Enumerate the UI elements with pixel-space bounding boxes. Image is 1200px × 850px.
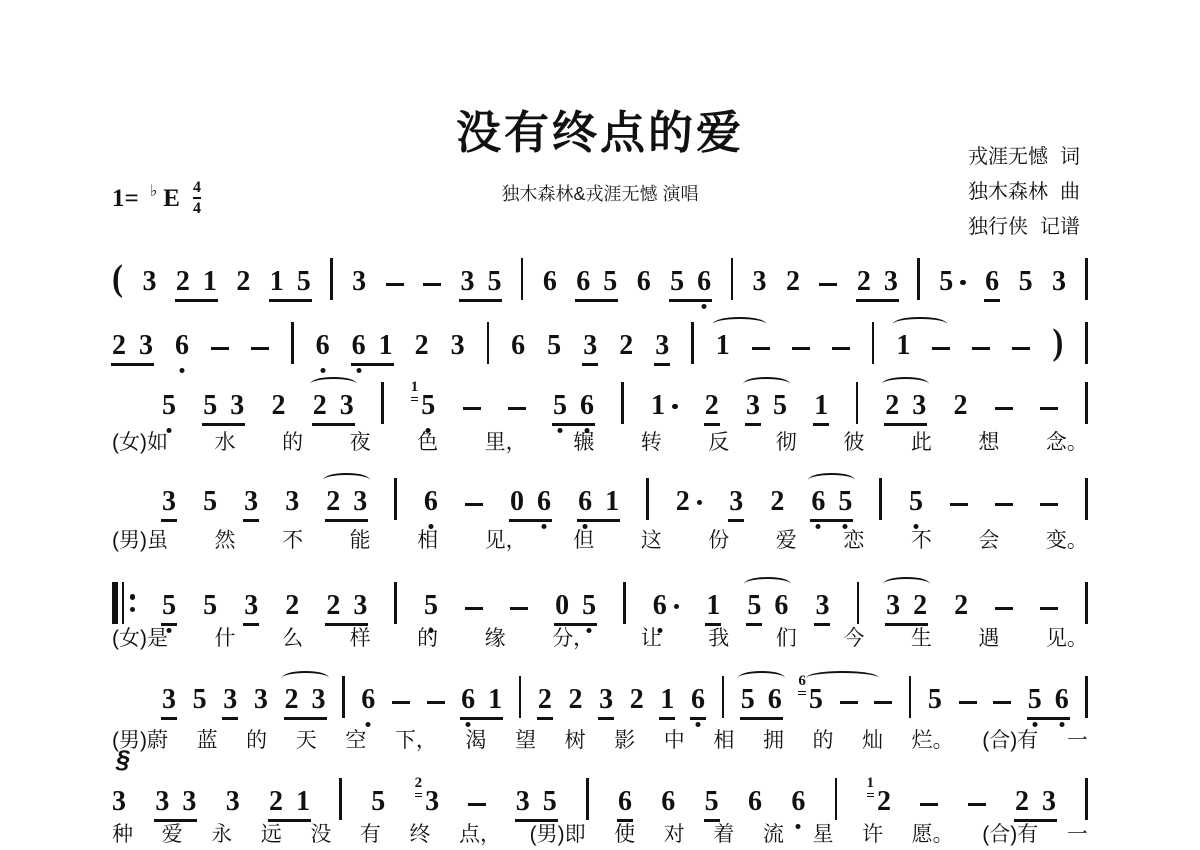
note-number: 5 [747,592,761,620]
note-group: 2 [619,332,633,360]
barline [339,778,342,820]
note-group: 3 [815,592,829,620]
note-number: 2 [272,392,286,420]
note-group: 23 [285,686,326,714]
note-number: 6 [424,488,438,516]
lyric-syllable: 彻 [776,426,797,456]
lyric-syllable: 什 [215,622,236,652]
note-number: 6 [576,268,590,296]
barline [856,382,859,424]
note-number: 6 [543,268,557,296]
note-number: 3 [155,788,169,816]
note-group: 23 [857,268,898,296]
augmentation-dot [674,604,680,610]
note-cell: 56 [670,268,711,296]
transcriber-name: 独行侠 [968,210,1028,245]
note-number: 3 [753,268,767,296]
lyrics-line-4: (男)蔚蓝的天空下，渴望树影中相拥的灿烂。(合)有一 [112,724,1088,754]
note-cell: 2 [705,392,719,420]
lyric-syllable: 望 [515,724,536,754]
note-cell: 3 [226,788,240,816]
low-octave-dot [356,368,361,373]
note-number: 1 [651,392,665,420]
note-number: 5 [203,392,217,420]
lyric-syllable: 空 [345,724,366,754]
note-group: 3 [142,268,156,296]
lyric-syllable: (女)如 [112,426,168,456]
slur-arc [882,377,929,391]
note-group: 6 [543,268,557,296]
beam-underline [1027,717,1070,720]
note-number: 1 [379,332,393,360]
lyric-syllable: 的 [246,724,267,754]
note-group: 3 [753,268,767,296]
composer-role: 曲 [1060,175,1080,210]
note-cell: 3 [583,332,597,360]
note-cell: 05 [555,592,596,620]
note-cell: 5 [928,686,942,714]
note-group: 56 [553,392,594,420]
barline [586,778,589,820]
note-group: 2 [770,488,784,516]
note-group: 3 [352,268,366,296]
beam-underline [740,717,783,720]
lyric-syllable: 转 [641,426,662,456]
note-number: 5 [741,686,755,714]
note-cell: 6 [691,686,705,714]
note-number: 5 [838,488,852,516]
note-number: 3 [312,686,326,714]
note-group: 3 [1052,268,1066,296]
note-group: 2 [676,488,703,516]
note-number: 5 [371,788,385,816]
note-group: 2 [954,392,968,420]
note-group: 5 [424,592,438,620]
note-number: 5 [670,268,684,296]
lyric-syllable: 不 [282,524,303,554]
repeat-thick-bar [112,582,118,624]
note-number: 6 [748,788,762,816]
note-number: 6 [637,268,651,296]
note-number: 5 [603,268,617,296]
duration-dash [211,347,229,351]
lyric-syllable: (合)有 [982,818,1038,848]
note-group: 3 [254,686,268,714]
note-group: 06 [510,488,551,516]
slur-arc [310,377,357,391]
note-group: 65 [811,488,852,516]
lyric-syllable: 终 [409,818,430,848]
lyric-syllable: 爱 [162,818,183,848]
duration-dash [1040,503,1058,507]
note-number: 5 [582,592,596,620]
note-cell: 5 [1019,268,1033,296]
note-cell: 1 [706,592,720,620]
sheet-music-page: 1=♭E 4 4 没有终点的爱 独木森林&戎涯无憾 演唱 戎涯无憾 词 独木森林… [0,0,1200,850]
note-cell: 2 [676,488,703,516]
lyric-syllable: 流 [763,818,784,848]
note-group: 3 [583,332,597,360]
lyric-syllable: (合)有 [982,724,1038,754]
note-group: 1 [814,392,828,420]
lyricist-name: 戎涯无憾 [968,140,1048,175]
note-number: 3 [244,488,258,516]
note-cell: 23 [857,268,898,296]
note-number: 6 [774,592,788,620]
lyric-syllable: 分， [552,622,594,652]
note-number: 3 [353,592,367,620]
duration-dash [995,503,1013,507]
grace-beam [867,793,875,795]
lyric-syllable: 影 [614,724,635,754]
eighth-underline [161,519,177,522]
music-line-5: 55322350561563322 [112,586,1088,620]
barline [623,582,626,624]
credit-composer: 独木森林 曲 [968,175,1080,210]
note-cell: 6 [748,788,762,816]
note-cell: 1 [716,332,730,360]
duration-dash [508,407,526,411]
lyric-syllable: 的 [417,622,438,652]
note-group: 6 [618,788,632,816]
note-cell: 6 [424,488,438,516]
grace-number: 1 [411,380,419,395]
note-group: 3 [162,488,176,516]
lyric-syllable: 天 [296,724,317,754]
note-number: 3 [884,268,898,296]
note-group: 2 [877,788,891,816]
note-group: 2 [236,268,250,296]
note-cell: 3 [244,592,258,620]
lyric-syllable: 见， [485,524,527,554]
duration-dash [840,701,858,705]
note-number: 5 [809,686,823,714]
note-group: 23 [313,392,354,420]
note-number: 2 [857,268,871,296]
note-cell: 6 [791,788,805,816]
lyric-syllable: 一 [1067,818,1088,848]
beam-underline [669,299,712,302]
note-group: 56 [747,592,788,620]
note-number: 3 [226,788,240,816]
note-group: 56 [741,686,782,714]
note-group: 6 [316,332,330,360]
note-number: 3 [244,592,258,620]
note-number: 2 [313,392,327,420]
note-group: 3 [112,788,126,816]
duration-dash [972,347,990,351]
note-number: 3 [142,268,156,296]
note-number: 6 [985,268,999,296]
note-number: 1 [716,332,730,360]
note-cell: 15 [270,268,311,296]
duration-dash [995,407,1013,411]
slur-arc [743,377,790,391]
slur-arc [883,577,930,591]
beam-underline [325,519,368,522]
note-group: 2 [285,592,299,620]
lyric-syllable: 反 [708,426,729,456]
note-cell: 2 [538,686,552,714]
note-number: 3 [583,332,597,360]
repeat-dot [130,594,136,600]
lyric-syllable: 念。 [1046,426,1088,456]
note-group: 5 [705,788,719,816]
barline [1085,258,1088,300]
duration-dash [468,803,486,807]
note-number: 6 [661,788,675,816]
note-number: 2 [415,332,429,360]
music-line-3: 553223155612351232 [162,386,1088,420]
note-number: 3 [886,592,900,620]
note-cell: 3 [112,788,126,816]
lyric-syllable: 树 [565,724,586,754]
barline [1085,478,1088,520]
grace-number: 2 [415,776,423,791]
lyric-syllable: 让 [641,622,662,652]
barline [646,478,649,520]
note-group: 2 [538,686,552,714]
music-line-6: 3533236612232165665556 [162,680,1088,714]
note-number: 6 [461,686,475,714]
note-cell: 1 [651,392,678,420]
note-group: 53 [203,392,244,420]
note-number: 5 [1019,268,1033,296]
note-cell: 3 [254,686,268,714]
note-group: 23 [326,488,367,516]
note-group: 65 [576,268,617,296]
lyric-syllable: (男)虽 [112,524,168,554]
note-cell: 35 [746,392,787,420]
note-number: 6 [768,686,782,714]
note-number: 3 [425,788,439,816]
lyric-syllable: 此 [911,426,932,456]
note-number: 2 [1015,788,1029,816]
note-cell: 2 [272,392,286,420]
note-cell: 3 [451,332,465,360]
grace-beam [411,400,419,402]
beam-underline [509,519,552,522]
note-cell: 6 [361,686,375,714]
note-number: 1 [270,268,284,296]
note-number: 5 [162,592,176,620]
note-group: 5 [1019,268,1033,296]
note-group: 35 [516,788,557,816]
lyric-syllable: 下， [395,724,437,754]
note-cell: 23 [1015,788,1056,816]
note-group: 5 [371,788,385,816]
note-number: 6 [1055,686,1069,714]
barline [1085,382,1088,424]
duration-dash [920,803,938,807]
note-group: 3 [244,488,258,516]
note-cell: 1 [660,686,674,714]
note-number: 1 [814,392,828,420]
duration-dash [510,607,528,611]
grace-beam [798,694,806,696]
note-cell: 3 [244,488,258,516]
note-number: 3 [451,332,465,360]
duration-dash [1012,347,1030,351]
duration-dash [251,347,269,351]
note-number: 2 [705,392,719,420]
lyric-syllable: 对 [664,818,685,848]
note-cell: 5 [193,686,207,714]
note-group: 2 [705,392,719,420]
note-cell: 6 [543,268,557,296]
lyric-syllable: 中 [664,724,685,754]
barline [1085,778,1088,820]
note-group: 5 [162,392,176,420]
note-number: 5 [193,686,207,714]
note-group: 61 [461,686,502,714]
note-number: 6 [537,488,551,516]
note-cell: 23 [885,392,926,420]
note-cell: 33 [155,788,196,816]
credit-transcriber: 独行侠 记谱 [968,210,1080,245]
note-group: 61 [352,332,393,360]
note-group: 21 [176,268,217,296]
transcriber-role: 记谱 [1040,210,1080,245]
lyric-syllable: 恋 [843,524,864,554]
note-number: 1 [203,268,217,296]
grace-number: 1 [867,776,875,791]
note-number: 5 [928,686,942,714]
note-cell: 2 [569,686,583,714]
slur-arc [282,671,329,685]
note-number: 2 [285,592,299,620]
note-number: 6 [511,332,525,360]
note-number: 5 [543,788,557,816]
note-group: 6 [637,268,651,296]
low-octave-dot [702,304,707,309]
note-group: 15 [270,268,311,296]
note-cell: 5 [162,392,176,420]
duration-dash [819,283,837,287]
note-cell: 2 [236,268,250,296]
beam-underline [175,299,218,302]
lyrics-line-5: 种爱永远没有终点，(男)即使对着流星许愿。(合)有一 [112,818,1088,848]
note-group: 2 [786,268,800,296]
repeat-dot [130,607,136,613]
note-group: 3 [226,788,240,816]
lyric-syllable: (女)是 [112,622,168,652]
duration-dash [427,701,445,705]
note-number: 2 [676,488,690,516]
note-group: 2 [630,686,644,714]
lyric-syllable: 相 [417,524,438,554]
note-group: 5 [203,592,217,620]
repeat-thin-bar [122,582,125,624]
note-number: 6 [578,488,592,516]
note-group: 5 [193,686,207,714]
note-number: 2 [786,268,800,296]
note-number: 5 [705,788,719,816]
note-number: 3 [746,392,760,420]
lyricist-role: 词 [1060,140,1080,175]
note-group: 3 [244,592,258,620]
note-cell: 21 [269,788,310,816]
note-group: 6 [653,592,680,620]
note-cell: 3 [162,488,176,516]
note-number: 0 [555,592,569,620]
music-line-1: (32121533566565632235653 [112,262,1088,296]
note-number: 6 [352,332,366,360]
note-number: 2 [269,788,283,816]
note-cell: 2 [770,488,784,516]
lyric-syllable: 样 [350,622,371,652]
note-number: 5 [939,268,953,296]
note-cell: 3 [223,686,237,714]
note-group: 5 [928,686,942,714]
note-cell: 3 [1052,268,1066,296]
note-number: 3 [285,488,299,516]
grace-beam [415,793,423,795]
beam-underline [459,299,502,302]
note-group: 6 [748,788,762,816]
note-cell: 65 [576,268,617,296]
note-group: 05 [555,592,596,620]
eighth-underline [659,717,675,720]
lyric-syllable: 里， [485,426,527,456]
note-number: 3 [599,686,613,714]
note-number: 1 [605,488,619,516]
note-cell: 56 [553,392,594,420]
lyric-syllable: 一 [1067,724,1088,754]
note-number: 3 [353,488,367,516]
lyric-syllable: 但 [573,524,594,554]
note-number: 1 [488,686,502,714]
note-cell: 61 [461,686,502,714]
note-number: 5 [421,392,435,420]
note-number: 2 [326,488,340,516]
note-cell: 5 [162,592,176,620]
note-number: 5 [203,488,217,516]
barline [291,322,294,364]
lyric-syllable: 辗 [573,426,594,456]
note-group: 35 [746,392,787,420]
lyric-syllable: 蓝 [197,724,218,754]
note-number: 6 [811,488,825,516]
beam-underline [856,299,899,302]
barline [1085,676,1088,718]
note-cell: 56 [1028,686,1069,714]
lyric-syllable: 变。 [1046,524,1088,554]
lyric-syllable: 色 [417,426,438,456]
note-group: 3 [451,332,465,360]
note-cell: 3 [142,268,156,296]
note-number: 6 [361,686,375,714]
note-cell: 3 [599,686,613,714]
slur-arc [806,671,879,685]
eighth-underline [243,519,259,522]
note-number: 2 [630,686,644,714]
note-group: 1 [716,332,730,360]
note-group: 2 [569,686,583,714]
note-number: 3 [1042,788,1056,816]
eighth-underline [582,363,598,366]
note-cell: 15 [411,392,436,420]
note-cell: 3 [162,686,176,714]
note-cell: 3 [729,488,743,516]
beam-underline [269,299,312,302]
duration-dash [463,407,481,411]
note-cell: 6 [175,332,189,360]
barline [342,676,345,718]
note-number: 2 [236,268,250,296]
barline [394,582,397,624]
note-cell: 6 [637,268,651,296]
